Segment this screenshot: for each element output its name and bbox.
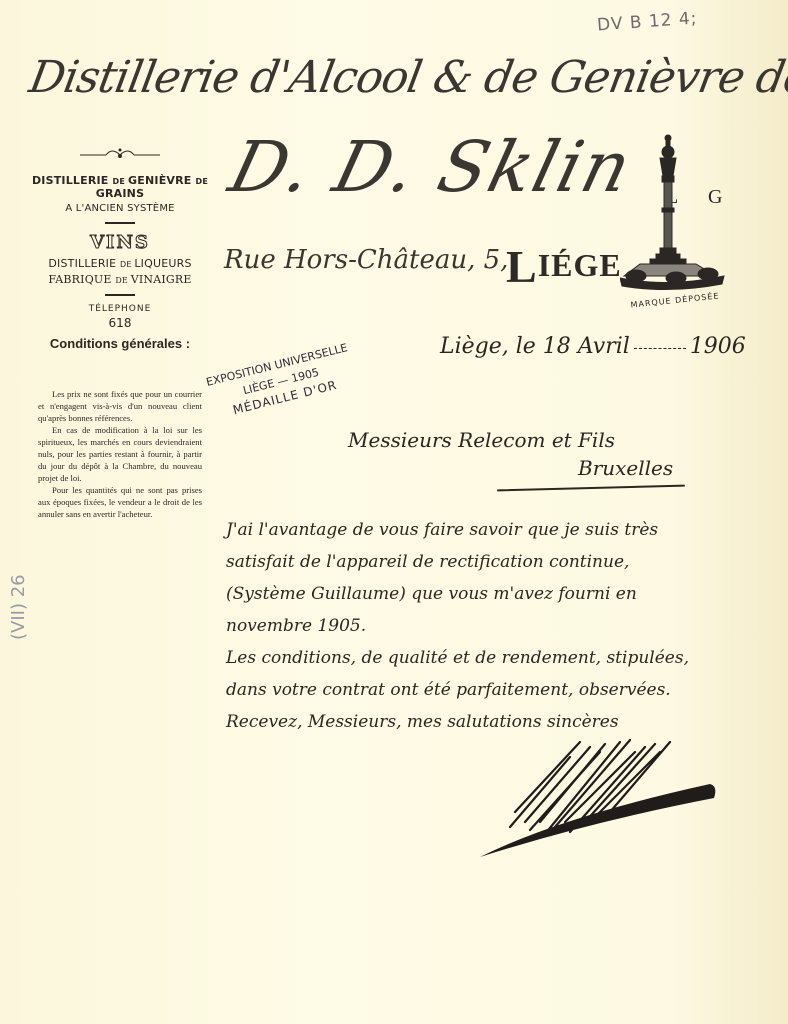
letter-page: DV B 12 4; Distillerie d'Alcool & de Gen… [0, 0, 788, 1024]
divider-rule [105, 294, 135, 296]
date-year: 1906 [690, 334, 746, 359]
firm-name: D. D. Sklin [222, 126, 641, 208]
letterhead-title: Distillerie d'Alcool & de Genièvre de Gr… [26, 52, 765, 103]
company-city: LIÉGE [506, 240, 622, 293]
perron-column-logo-icon [620, 128, 740, 308]
archive-reference-note: DV B 12 4; [596, 9, 698, 36]
addressee-city: Bruxelles [578, 456, 673, 480]
ornament-divider-icon [80, 145, 160, 161]
telephone-label: TÉLEPHONE [20, 304, 220, 314]
product-line-genievre: DISTILLERIE DE GENIÈVRE DE GRAINS [20, 174, 220, 200]
general-conditions: Les prix ne sont fixés que pour un courr… [38, 388, 202, 520]
vins-heading: VINS [20, 232, 220, 253]
exposition-stamp: EXPOSITION UNIVERSELLE LIÈGE — 1905 MÉDA… [202, 339, 360, 425]
body-line: dans votre contrat ont été parfaitement,… [226, 674, 776, 706]
body-line: novembre 1905. [226, 610, 776, 642]
body-line: (Système Guillaume) que vous m'avez four… [226, 578, 776, 610]
city-initial: L [506, 241, 538, 292]
date-place: Liège, le 18 Avril [440, 334, 630, 359]
divider-rule [105, 222, 135, 224]
body-line: Les conditions, de qualité et de rendeme… [226, 642, 776, 674]
conditions-title: Conditions générales : [20, 336, 220, 351]
letter-date: Liège, le 18 Avril1906 [440, 334, 746, 359]
telephone-number: 618 [20, 316, 220, 330]
addressee-salutation: Messieurs Relecom et Fils [348, 428, 615, 452]
margin-pencil-note: (VII) 26 [8, 574, 29, 640]
handwritten-signature-icon [470, 722, 720, 862]
body-line: satisfait de l'appareil de rectification… [226, 546, 776, 578]
condition-paragraph: Pour les quantités qui ne sont pas prise… [38, 484, 202, 520]
addressee-underline [497, 485, 685, 492]
city-rest: IÉGE [538, 247, 622, 283]
letterhead-left-column: DISTILLERIE DE GENIÈVRE DE GRAINS A L'AN… [20, 145, 220, 351]
letter-body: J'ai l'avantage de vous faire savoir que… [226, 514, 776, 738]
company-address: Rue Hors-Château, 5, [224, 245, 508, 275]
product-line-ancien-systeme: A L'ANCIEN SYSTÈME [20, 203, 220, 214]
condition-paragraph: En cas de modification à la loi sur les … [38, 424, 202, 484]
product-line-liqueurs: DISTILLERIE DE LIQUEURS [20, 257, 220, 270]
body-line: J'ai l'avantage de vous faire savoir que… [226, 514, 776, 546]
condition-paragraph: Les prix ne sont fixés que pour un courr… [38, 388, 202, 424]
product-line-vinaigre: FABRIQUE DE VINAIGRE [20, 273, 220, 286]
